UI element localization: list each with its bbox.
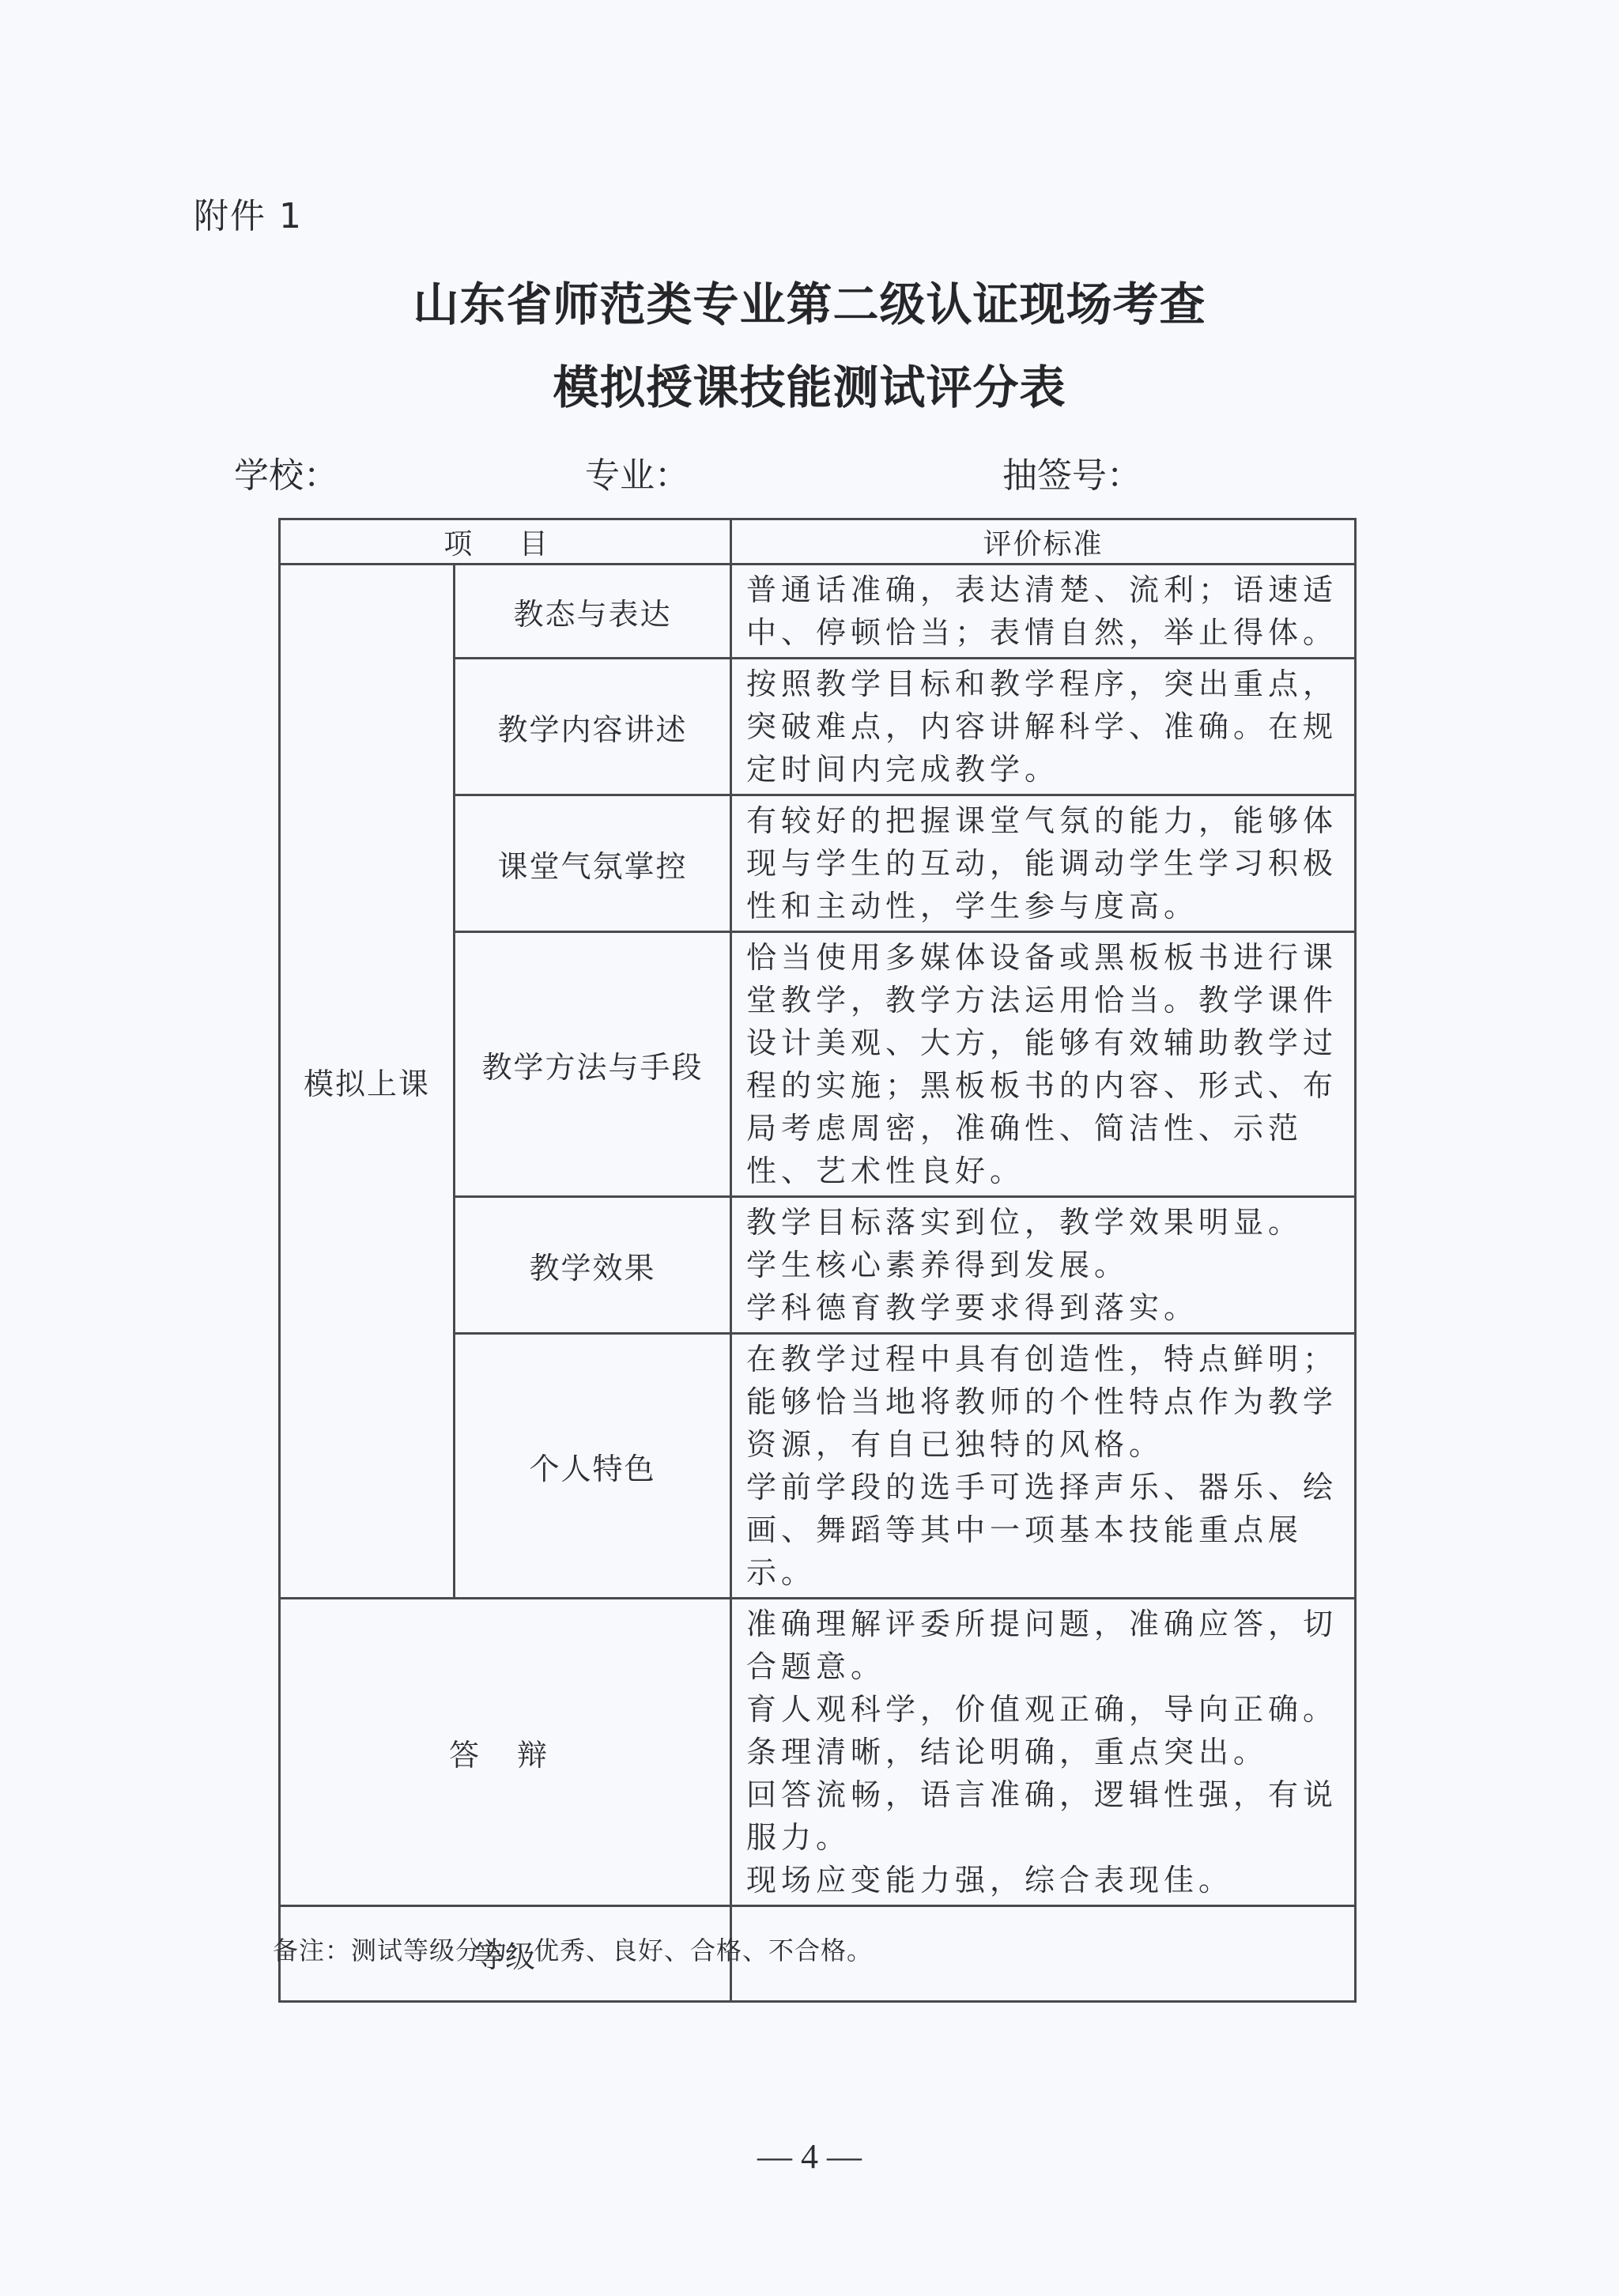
subitem-content-delivery: 教学内容讲述 bbox=[455, 659, 731, 795]
school-label: 学校： bbox=[234, 455, 338, 496]
lot-number-label: 抽签号： bbox=[1002, 455, 1142, 496]
category-mock-teaching: 模拟上课 bbox=[280, 565, 455, 1599]
criteria-text: 恰当使用多媒体设备或黑板板书进行课堂教学，教学方法运用恰当。教学课件设计美观、大… bbox=[746, 936, 1343, 1192]
criteria-text: 学科德育教学要求得到落实。 bbox=[746, 1286, 1343, 1329]
page-number: — 4 — bbox=[0, 2135, 1619, 2179]
footnote: 备注：测试等级分为：优秀、良好、合格、不合格。 bbox=[273, 1933, 873, 1968]
page-title-line2: 模拟授课技能测试评分表 bbox=[0, 360, 1619, 415]
criteria-cell: 在教学过程中具有创造性，特点鲜明；能够恰当地将教师的个性特点作为教学资源，有自已… bbox=[731, 1334, 1356, 1599]
table-row: 模拟上课 教态与表达 普通话准确，表达清楚、流利；语速适中、停顿恰当；表情自然，… bbox=[280, 565, 1356, 659]
criteria-text: 育人观科学，价值观正确，导向正确。 bbox=[746, 1688, 1343, 1731]
criteria-text: 教学目标落实到位，教学效果明显。 bbox=[746, 1201, 1343, 1244]
subitem-demeanor-expression: 教态与表达 bbox=[455, 565, 731, 659]
criteria-cell: 恰当使用多媒体设备或黑板板书进行课堂教学，教学方法运用恰当。教学课件设计美观、大… bbox=[731, 932, 1356, 1197]
subitem-teaching-effect: 教学效果 bbox=[455, 1197, 731, 1334]
criteria-text: 有较好的把握课堂气氛的能力，能够体现与学生的互动，能调动学生学习积极性和主动性，… bbox=[746, 799, 1343, 927]
major-field: 专业： bbox=[585, 454, 689, 498]
criteria-cell: 按照教学目标和教学程序，突出重点，突破难点，内容讲解科学、准确。在规定时间内完成… bbox=[731, 659, 1356, 795]
criteria-text: 普通话准确，表达清楚、流利；语速适中、停顿恰当；表情自然，举止得体。 bbox=[746, 568, 1343, 654]
header-item: 项 目 bbox=[280, 519, 731, 565]
criteria-text: 准确理解评委所提问题，准确应答，切合题意。 bbox=[746, 1603, 1343, 1688]
header-criteria: 评价标准 bbox=[731, 519, 1356, 565]
school-field: 学校： bbox=[234, 454, 338, 498]
criteria-text: 按照教学目标和教学程序，突出重点，突破难点，内容讲解科学、准确。在规定时间内完成… bbox=[746, 663, 1343, 791]
major-label: 专业： bbox=[585, 455, 689, 496]
subitem-personal-traits: 个人特色 bbox=[455, 1334, 731, 1599]
criteria-cell: 教学目标落实到位，教学效果明显。 学生核心素养得到发展。 学科德育教学要求得到落… bbox=[731, 1197, 1356, 1334]
lot-number-field: 抽签号： bbox=[1002, 454, 1142, 498]
subitem-methods-means: 教学方法与手段 bbox=[455, 932, 731, 1197]
criteria-text: 学生核心素养得到发展。 bbox=[746, 1244, 1343, 1286]
criteria-text: 在教学过程中具有创造性，特点鲜明；能够恰当地将教师的个性特点作为教学资源，有自已… bbox=[746, 1338, 1343, 1466]
criteria-text: 现场应变能力强，综合表现佳。 bbox=[746, 1859, 1343, 1901]
subitem-classroom-atmosphere: 课堂气氛掌控 bbox=[455, 795, 731, 932]
table-row: 答 辩 准确理解评委所提问题，准确应答，切合题意。 育人观科学，价值观正确，导向… bbox=[280, 1599, 1356, 1906]
scoring-table: 项 目 评价标准 模拟上课 教态与表达 普通话准确，表达清楚、流利；语速适中、停… bbox=[278, 518, 1357, 2003]
page-title-line1: 山东省师范类专业第二级认证现场考查 bbox=[0, 277, 1619, 332]
category-defense: 答 辩 bbox=[280, 1599, 731, 1906]
criteria-cell: 普通话准确，表达清楚、流利；语速适中、停顿恰当；表情自然，举止得体。 bbox=[731, 565, 1356, 659]
criteria-cell: 准确理解评委所提问题，准确应答，切合题意。 育人观科学，价值观正确，导向正确。 … bbox=[731, 1599, 1356, 1906]
criteria-text: 回答流畅，语言准确，逻辑性强，有说服力。 bbox=[746, 1773, 1343, 1859]
criteria-text: 条理清晰，结论明确，重点突出。 bbox=[746, 1731, 1343, 1773]
criteria-text: 学前学段的选手可选择声乐、器乐、绘画、舞蹈等其中一项基本技能重点展示。 bbox=[746, 1466, 1343, 1594]
criteria-cell: 有较好的把握课堂气氛的能力，能够体现与学生的互动，能调动学生学习积极性和主动性，… bbox=[731, 795, 1356, 932]
attachment-label: 附件 1 bbox=[194, 194, 303, 239]
table-header-row: 项 目 评价标准 bbox=[280, 519, 1356, 565]
